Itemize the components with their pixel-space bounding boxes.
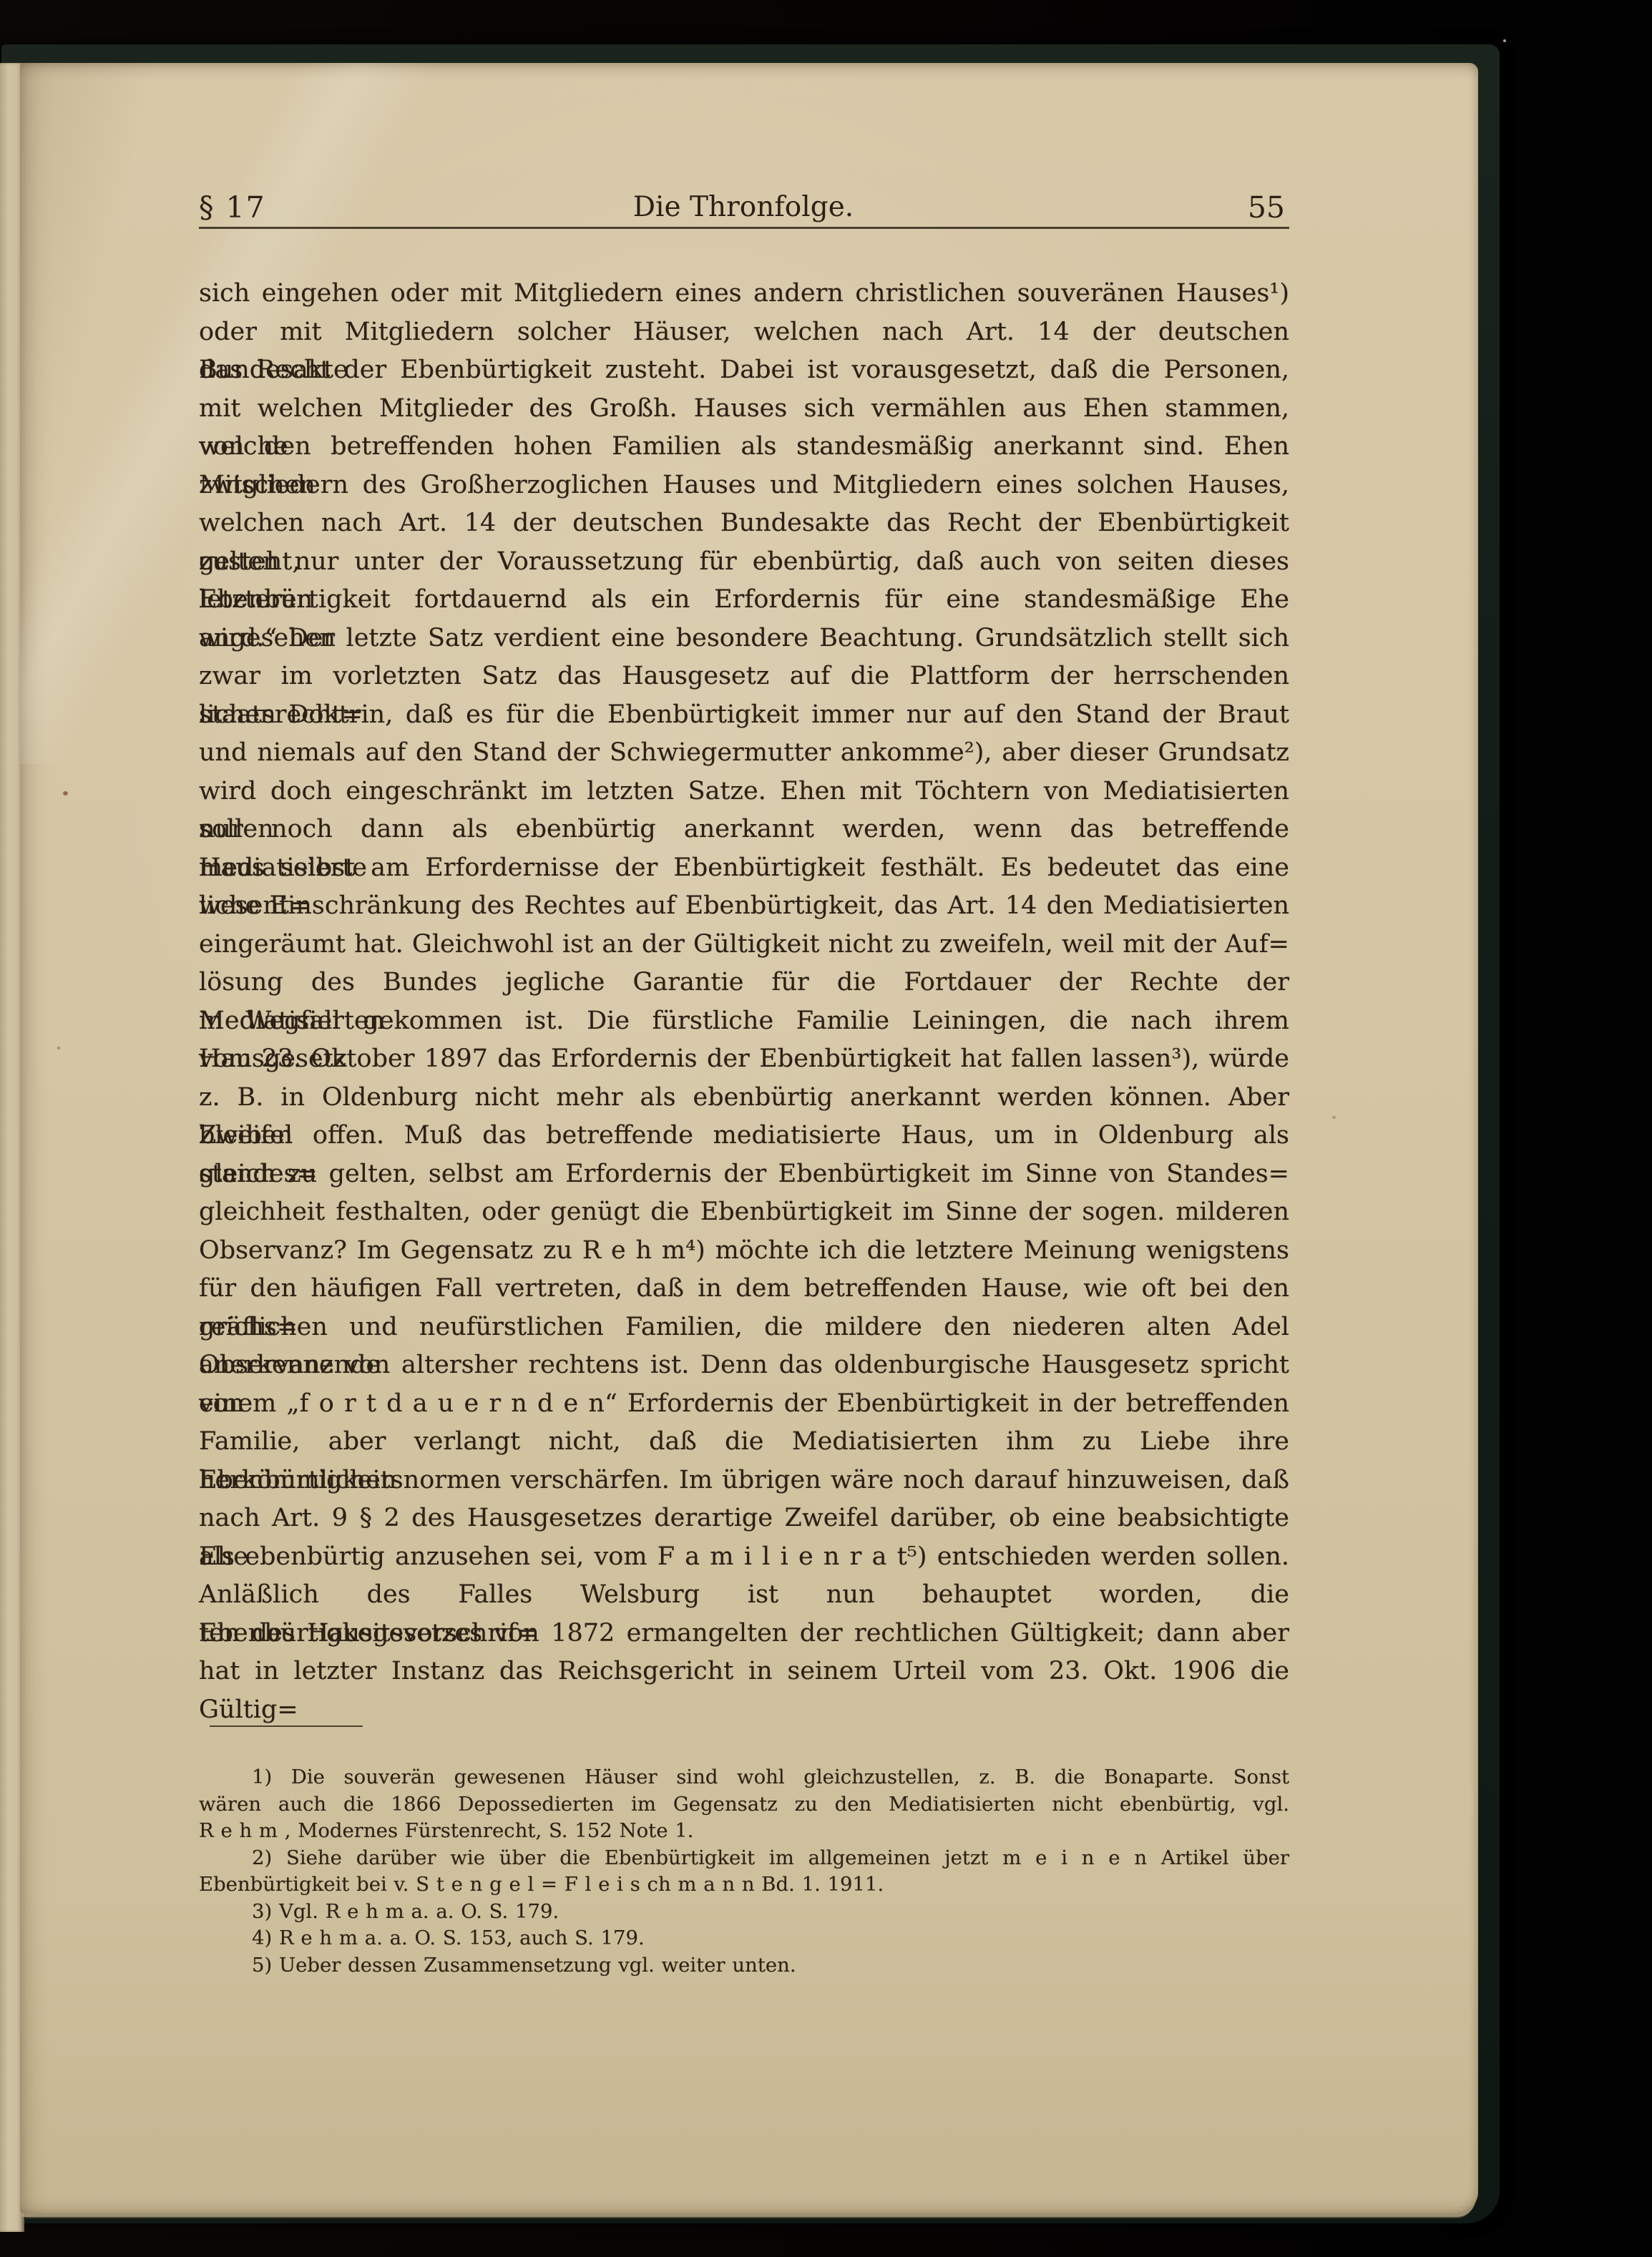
book-scan: § 17 Die Thronfolge. 55 sich eingehen od… <box>0 0 1652 2257</box>
paper-speck <box>1332 1116 1336 1119</box>
body-line: vom 23. Oktober 1897 das Erfordernis der… <box>199 1040 1289 1079</box>
body-line: Ebenbürtigkeit fortdauernd als ein Erfor… <box>199 581 1289 620</box>
body-line: das Recht der Ebenbürtigkeit zusteht. Da… <box>199 351 1289 390</box>
body-line: als ebenbürtig anzusehen sei, vom F a m … <box>199 1538 1289 1577</box>
footnote-line: 4) R e h m a. a. O. S. 153, auch S. 179. <box>199 1925 1289 1952</box>
footnote-line: 2) Siehe darüber wie über die Ebenbürtig… <box>199 1845 1289 1872</box>
body-line: für den häufigen Fall vertreten, daß in … <box>199 1270 1289 1308</box>
footnote-line: 3) Vgl. R e h m a. a. O. S. 179. <box>199 1899 1289 1926</box>
body-line: gräflichen und neufürstlichen Familien, … <box>199 1308 1289 1347</box>
body-line: bleiben offen. Muß das betreffende media… <box>199 1117 1289 1155</box>
body-line: Mitgliedern des Großherzoglichen Hauses … <box>199 466 1289 505</box>
body-line: wird.“ Der letzte Satz verdient eine bes… <box>199 620 1289 658</box>
body-text: sich eingehen oder mit Mitgliedern eines… <box>199 275 1289 1691</box>
body-line: mit welchen Mitglieder des Großh. Hauses… <box>199 390 1289 429</box>
body-line: gleichheit festhalten, oder genügt die E… <box>199 1193 1289 1232</box>
body-line: hat in letzter Instanz das Reichsgericht… <box>199 1653 1289 1691</box>
footnotes: 1) Die souverän gewesenen Häuser sind wo… <box>199 1764 1289 1979</box>
body-line: oder mit Mitgliedern solcher Häuser, wel… <box>199 313 1289 352</box>
body-line: Haus selbst am Erfordernisse der Ebenbür… <box>199 849 1289 888</box>
body-line: ten des Hausgesetzes von 1872 ermangelte… <box>199 1615 1289 1653</box>
book-page: § 17 Die Thronfolge. 55 sich eingehen od… <box>20 63 1478 2213</box>
footnote-separator-rule <box>210 1725 363 1727</box>
page-header: § 17 Die Thronfolge. 55 <box>199 191 1288 224</box>
running-title: Die Thronfolge. <box>199 191 1288 224</box>
body-line: lösung des Bundes jegliche Garantie für … <box>199 964 1289 1002</box>
body-line: liche Einschränkung des Rechtes auf Eben… <box>199 887 1289 926</box>
footnote-line: wären auch die 1866 Depossedierten im Ge… <box>199 1791 1289 1818</box>
footnote-line: 1) Die souverän gewesenen Häuser sind wo… <box>199 1764 1289 1791</box>
body-line: Ebenbürtigkeitsnormen verschärfen. Im üb… <box>199 1462 1289 1500</box>
paper-speck <box>57 1047 60 1049</box>
page-number: 55 <box>1248 191 1285 224</box>
body-line: z. B. in Oldenburg nicht mehr als ebenbü… <box>199 1079 1289 1117</box>
footnote-line: Ebenbürtigkeit bei v. S t e n g e l = F … <box>199 1871 1289 1899</box>
paper-speck <box>63 791 68 795</box>
footnote-line: 5) Ueber dessen Zusammensetzung vgl. wei… <box>199 1952 1289 1979</box>
body-line: nach Art. 9 § 2 des Hausgesetzes derarti… <box>199 1499 1289 1538</box>
body-line: von den betreffenden hohen Familien als … <box>199 428 1289 466</box>
header-rule <box>199 227 1289 229</box>
body-line: Observanz von altersher rechtens ist. De… <box>199 1346 1289 1385</box>
body-line: gelten nur unter der Voraussetzung für e… <box>199 543 1289 582</box>
body-line: Anläßlich des Falles Welsburg ist nun be… <box>199 1576 1289 1615</box>
body-line: nur noch dann als ebenbürtig anerkannt w… <box>199 811 1289 849</box>
body-line: Observanz? Im Gegensatz zu R e h m⁴) möc… <box>199 1232 1289 1271</box>
body-line: einem „f o r t d a u e r n d e n“ Erford… <box>199 1385 1289 1424</box>
body-line: Familie, aber verlangt nicht, daß die Me… <box>199 1423 1289 1462</box>
body-line: wird doch eingeschränkt im letzten Satze… <box>199 773 1289 811</box>
body-line: welchen nach Art. 14 der deutschen Bunde… <box>199 504 1289 543</box>
dust-speck <box>1503 39 1506 42</box>
body-line: sich eingehen oder mit Mitgliedern eines… <box>199 275 1289 313</box>
body-line: lichen Doktrin, daß es für die Ebenbürti… <box>199 696 1289 735</box>
body-line: eingeräumt hat. Gleichwohl ist an der Gü… <box>199 926 1289 964</box>
body-line: und niemals auf den Stand der Schwiegerm… <box>199 734 1289 773</box>
body-line: gleich zu gelten, selbst am Erfordernis … <box>199 1155 1289 1194</box>
body-line: in Wegfall gekommen ist. Die fürstliche … <box>199 1002 1289 1041</box>
footnote-line: R e h m , Modernes Fürstenrecht, S. 152 … <box>199 1818 1289 1845</box>
body-line: zwar im vorletzten Satz das Hausgesetz a… <box>199 657 1289 696</box>
